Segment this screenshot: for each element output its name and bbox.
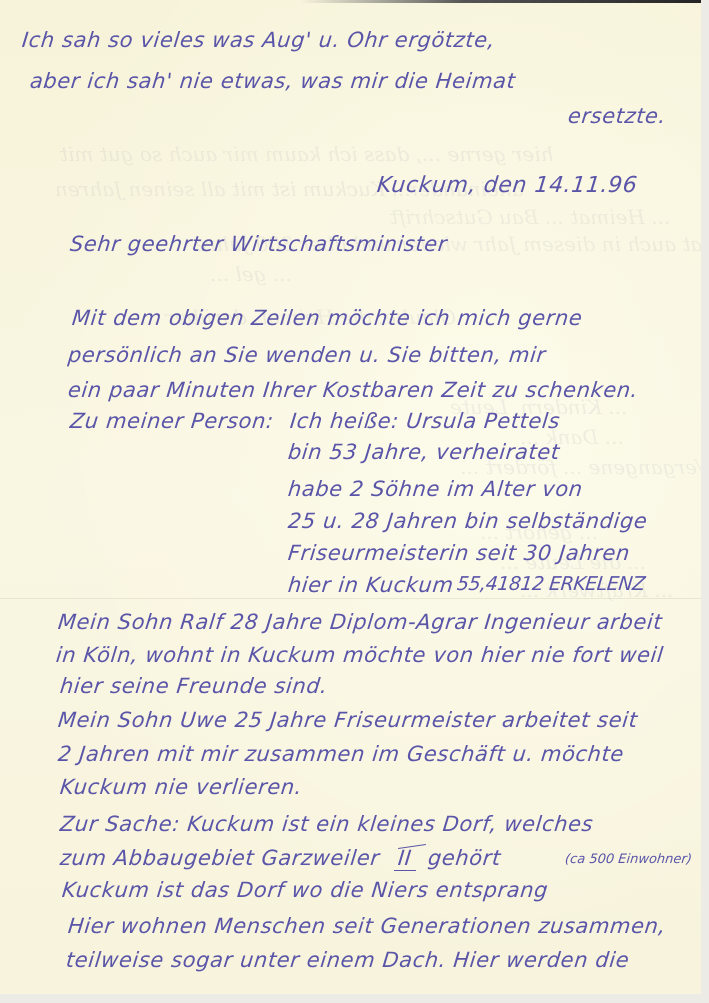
scan-bottom-margin <box>0 994 709 1003</box>
bleed-through-text: ... gel ... <box>210 262 292 286</box>
body-line: in Köln, wohnt in Kuckum möchte von hier… <box>55 645 665 666</box>
person-line: Friseurmeisterin seit 30 Jahren <box>287 543 631 564</box>
roman-underline <box>394 870 416 871</box>
person-label: Zu meiner Person: <box>69 411 275 432</box>
body-line: zum Abbaugebiet Garzweiler <box>59 848 381 869</box>
population-note: (ca 500 Einwohner) <box>564 853 692 866</box>
address-fragment: 55,41812 ERKELENZ <box>456 575 646 594</box>
roman-numeral: II <box>397 848 413 869</box>
person-line: habe 2 Söhne im Alter von <box>287 479 584 500</box>
epigraph-line: ersetzte. <box>567 106 667 127</box>
body-line: Kuckum ist das Dorf wo die Niers entspra… <box>61 880 549 901</box>
person-line: hier in Kuckum <box>287 575 455 596</box>
body-line: Mein Sohn Uwe 25 Jahre Friseurmeister ar… <box>57 710 639 731</box>
dateline: Kuckum, den 14.11.96 <box>376 175 639 197</box>
body-line: Hier wohnen Menschen seit Generationen z… <box>67 916 667 937</box>
body-line: Zur Sache: Kuckum ist ein kleines Dorf, … <box>59 814 595 835</box>
person-line: bin 53 Jahre, verheiratet <box>287 442 561 463</box>
body-line: ein paar Minuten Ihrer Kostbaren Zeit zu… <box>67 380 639 401</box>
bleed-through-text: hier gerne ..., dass ich kaum mir auch s… <box>60 142 553 166</box>
body-line: teilweise sogar unter einem Dach. Hier w… <box>65 950 631 971</box>
body-line: hier seine Freunde sind. <box>59 676 329 697</box>
body-line: Kuckum nie verlieren. <box>59 777 303 798</box>
body-line: gehört <box>427 848 502 869</box>
salutation: Sehr geehrter Wirtschaftsminister <box>69 234 448 255</box>
bleed-through-text: ... Heimat ... Bau Gutschrift <box>390 205 670 229</box>
letter-page: hier gerne ..., dass ich kaum mir auch s… <box>0 0 701 994</box>
scan-top-edge <box>300 0 709 3</box>
epigraph-line: Ich sah so vieles was Aug' u. Ohr ergötz… <box>21 30 496 51</box>
body-line: Mein Sohn Ralf 28 Jahre Diplom-Agrar Ing… <box>57 612 664 633</box>
body-line: 2 Jahren mit mir zusammen im Geschäft u.… <box>57 744 625 765</box>
body-line: persönlich an Sie wenden u. Sie bitten, … <box>67 345 547 366</box>
person-line: Ich heiße: Ursula Pettels <box>289 411 561 432</box>
body-line: Mit dem obigen Zeilen möchte ich mich ge… <box>71 308 584 329</box>
person-line: 25 u. 28 Jahren bin selbständige <box>287 511 649 532</box>
epigraph-line: aber ich sah' nie etwas, was mir die Hei… <box>29 71 517 92</box>
scan-right-margin <box>701 0 709 1003</box>
